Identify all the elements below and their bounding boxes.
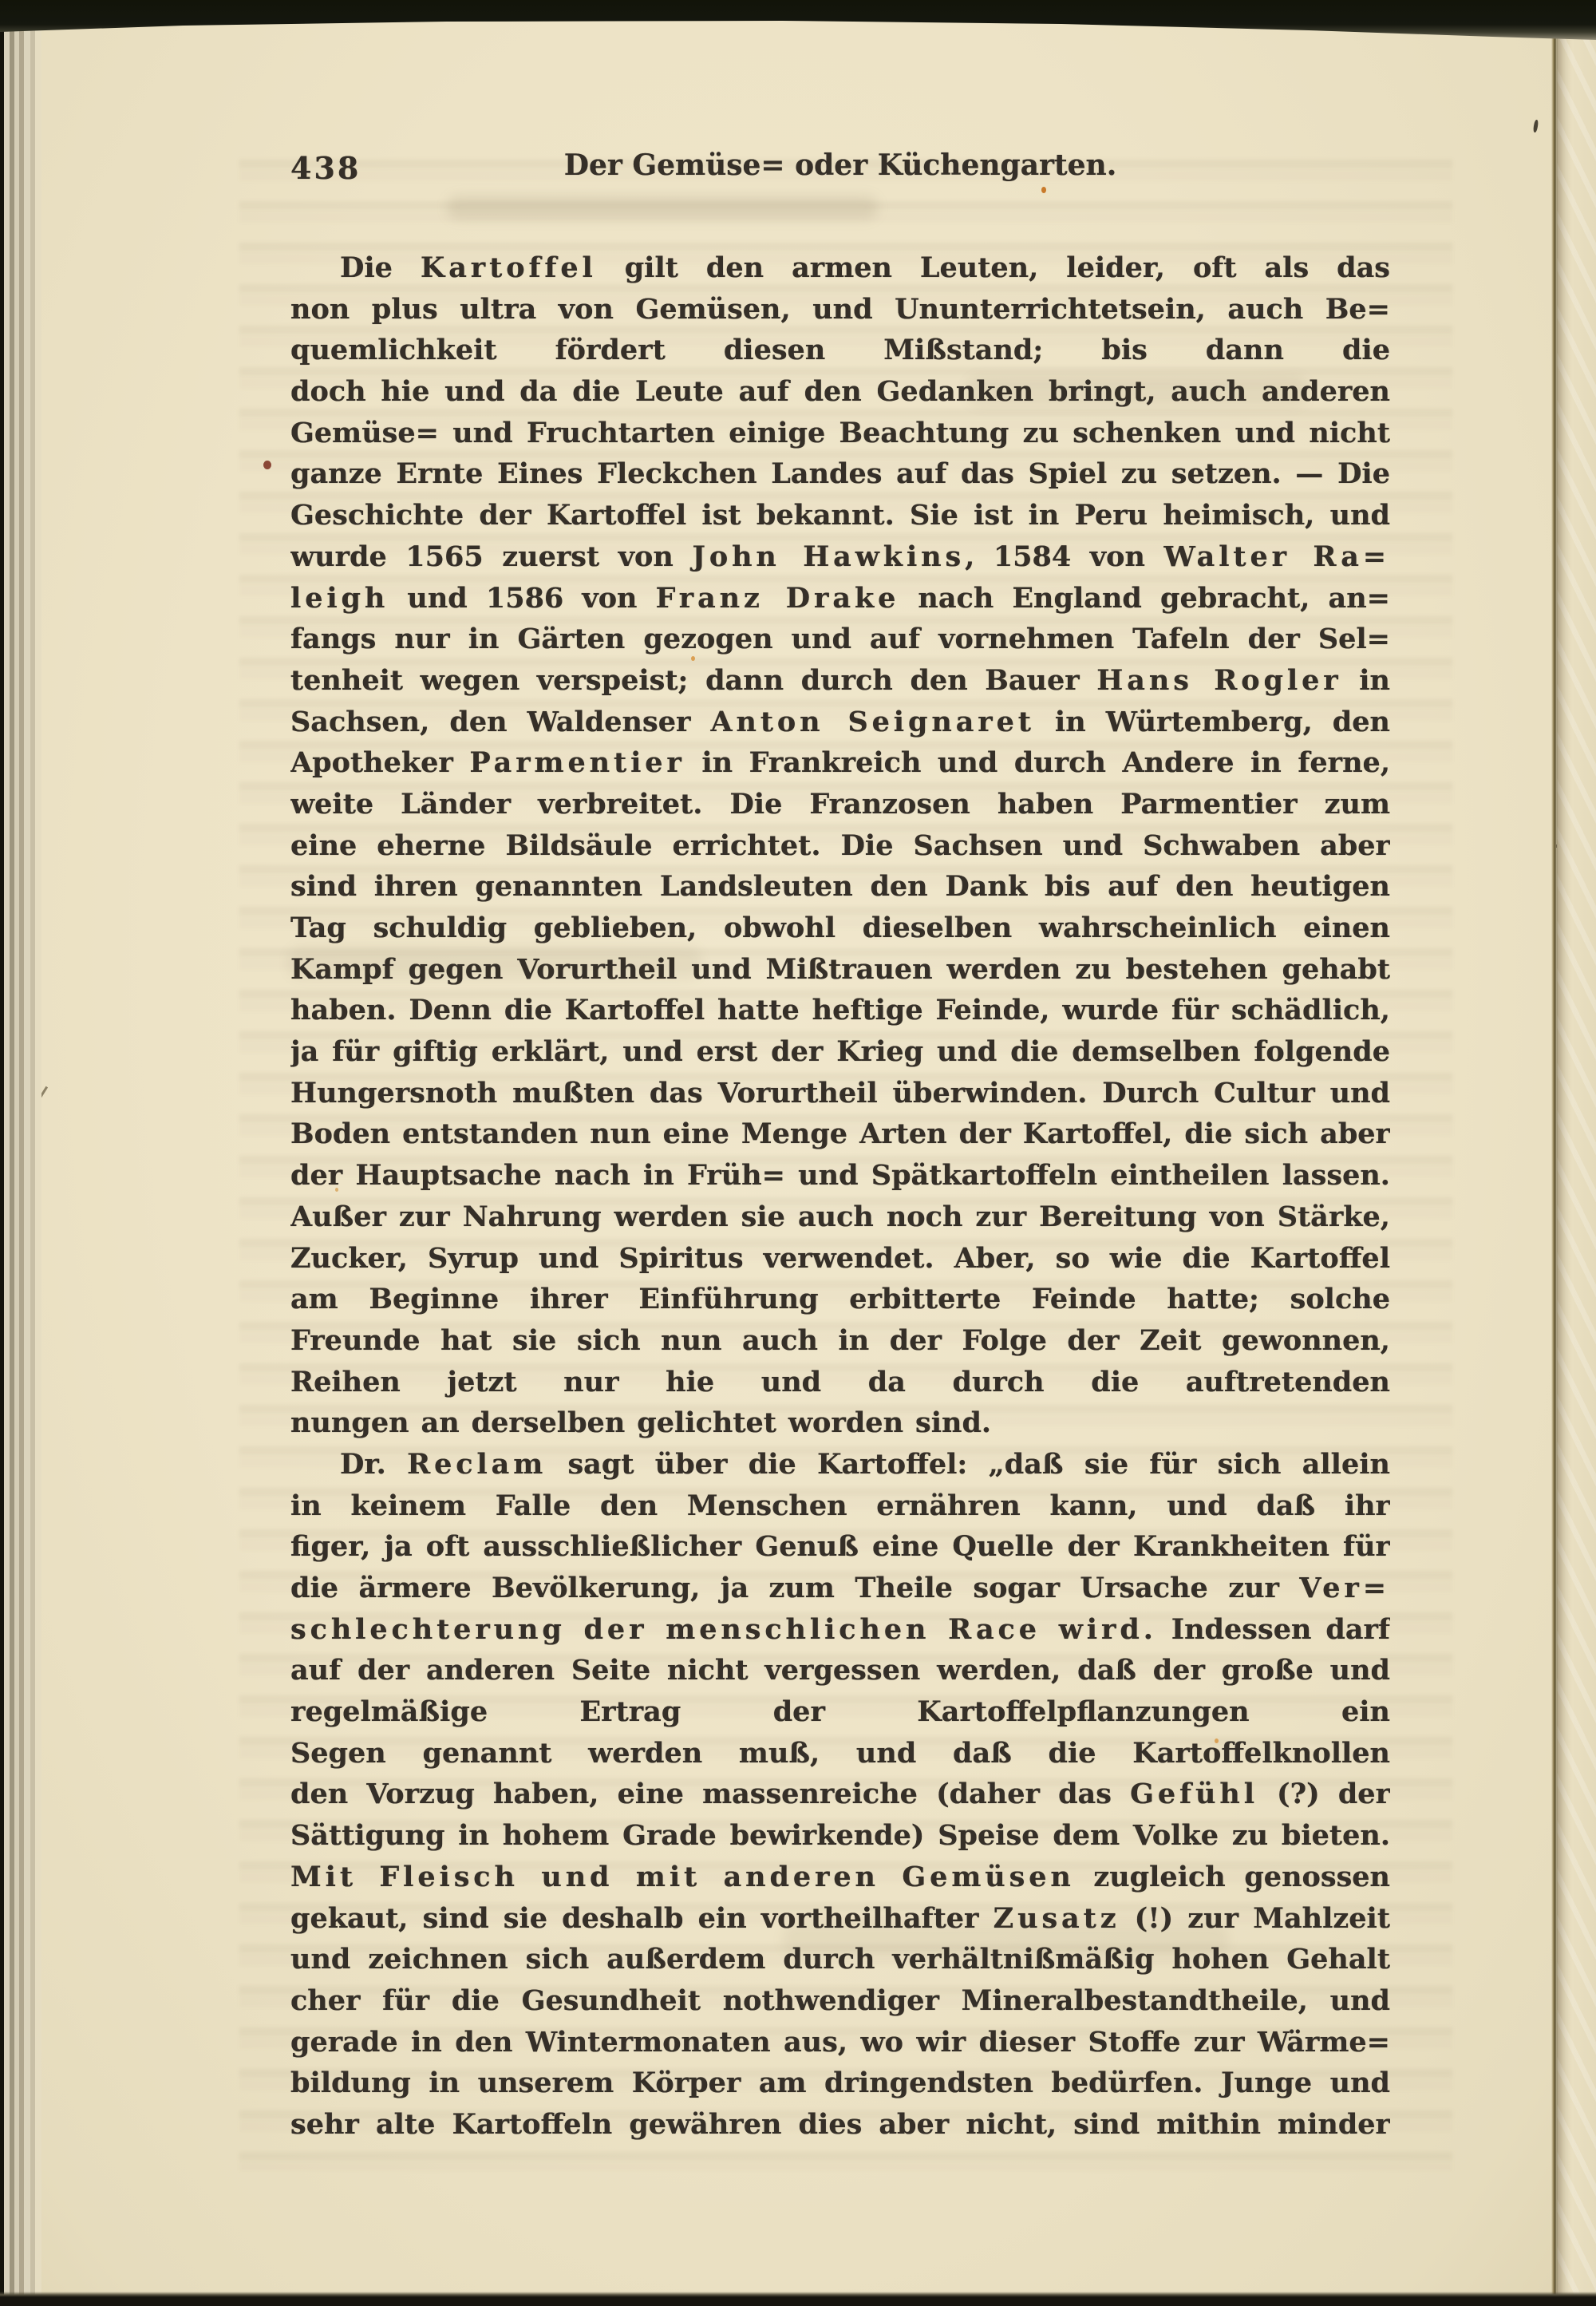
- text-line: gekaut, sind sie deshalb ein vortheilhaf…: [290, 1898, 1390, 1940]
- text-segment: doch hie und da die Leute auf den Gedank…: [290, 375, 1390, 408]
- running-title: Der Gemüse= oder Küchengarten.: [290, 148, 1390, 182]
- text-line: Kampf gegen Vorurtheil und Mißtrauen wer…: [290, 949, 1390, 991]
- text-segment: Dr.: [340, 1448, 407, 1481]
- text-line: sehr alte Kartoffeln gewähren dies aber …: [290, 2104, 1390, 2146]
- text-line: haben. Denn die Kartoffel hatte heftige …: [290, 990, 1390, 1031]
- text-segment: (?) der: [1258, 1778, 1390, 1810]
- text-segment: weite Länder verbreitet. Die Franzosen h…: [290, 788, 1390, 825]
- text-line: figer, ja oft ausschließlicher Genuß ein…: [290, 1526, 1390, 1568]
- text-line: eine eherne Bildsäule errichtet. Die Sac…: [290, 825, 1390, 867]
- text-line: doch hie und da die Leute auf den Gedank…: [290, 371, 1390, 413]
- text-line: Außer zur Nahrung werden sie auch noch z…: [290, 1197, 1390, 1238]
- emphasized-text: Anton Seignaret: [710, 706, 1034, 738]
- text-segment: gerade in den Wintermonaten aus, wo wir …: [290, 2026, 1390, 2059]
- text-line: Sättigung in hohem Grade bewirkende) Spe…: [290, 1815, 1390, 1857]
- emphasized-text: John Hawkins: [692, 540, 965, 573]
- emphasized-text: Kartoffel: [421, 251, 597, 284]
- text-line: gerade in den Wintermonaten aus, wo wir …: [290, 2022, 1390, 2063]
- text-segment: Boden entstanden nun eine Menge Arten de…: [290, 1117, 1390, 1150]
- text-segment: Zucker, Syrup und Spiritus verwendet. Ab…: [290, 1242, 1390, 1275]
- text-line: Sachsen, den Waldenser Anton Seignaret i…: [290, 702, 1390, 743]
- text-segment: sind ihren genannten Landsleuten den Dan…: [290, 870, 1390, 903]
- text-line: der Hauptsache nach in Früh= und Spätkar…: [290, 1155, 1390, 1197]
- text-line: schlechterung der menschlichen Race wird…: [290, 1609, 1390, 1651]
- emphasized-text: Reclam: [407, 1448, 547, 1481]
- text-line: leigh und 1586 von Franz Drake nach Engl…: [290, 578, 1390, 619]
- text-segment: nungen an derselben gelichtet worden sin…: [290, 1406, 991, 1439]
- text-segment: Apotheker: [290, 746, 469, 779]
- margin-mark: [1533, 120, 1539, 133]
- text-segment: haben. Denn die Kartoffel hatte heftige …: [290, 994, 1390, 1026]
- text-segment: Segen genannt werden muß, und daß die Ka…: [290, 1737, 1390, 1774]
- book-page-edge-stack: [0, 0, 41, 2306]
- emphasized-text: Hans Rogler: [1096, 664, 1341, 697]
- emphasized-text: Zusatz: [994, 1902, 1120, 1935]
- bleedthrough-patch: [447, 196, 878, 220]
- text-line: am Beginne ihrer Einführung erbitterte F…: [290, 1279, 1390, 1320]
- text-segment: eine eherne Bildsäule errichtet. Die Sac…: [290, 829, 1390, 862]
- paper-speck: [263, 461, 271, 469]
- page-body-text: Die Kartoffel gilt den armen Leuten, lei…: [290, 247, 1390, 2146]
- text-segment: in Frankreich und durch Andere in ferne,: [685, 746, 1390, 779]
- scan-edge-top: [0, 0, 1596, 45]
- text-line: nungen an derselben gelichtet worden sin…: [290, 1402, 1390, 1444]
- emphasized-text: Walter Ra=: [1163, 540, 1390, 573]
- emphasized-text: Parmentier: [469, 746, 685, 779]
- text-segment: sehr alte Kartoffeln gewähren dies aber …: [290, 2108, 1390, 2141]
- text-segment: gekaut, sind sie deshalb ein vortheilhaf…: [290, 1902, 994, 1935]
- emphasized-text: leigh: [290, 582, 389, 615]
- text-line: ganze Ernte Eines Fleckchen Landes auf d…: [290, 453, 1390, 495]
- text-segment: Sättigung in hohem Grade bewirkende) Spe…: [290, 1819, 1390, 1852]
- text-segment: Hungersnoth mußten das Vorurtheil überwi…: [290, 1077, 1390, 1109]
- text-line: wurde 1565 zuerst von John Hawkins, 1584…: [290, 536, 1390, 578]
- text-line: auf der anderen Seite nicht vergessen we…: [290, 1650, 1390, 1691]
- text-segment: Außer zur Nahrung werden sie auch noch z…: [290, 1200, 1390, 1233]
- text-segment: wurde 1565 zuerst von: [290, 540, 692, 573]
- emphasized-text: Mit Fleisch und mit anderen Gemüsen: [290, 1861, 1075, 1893]
- text-line: fangs nur in Gärten gezogen und auf vorn…: [290, 619, 1390, 660]
- text-line: Die Kartoffel gilt den armen Leuten, lei…: [290, 247, 1390, 289]
- text-segment: Die: [340, 251, 421, 284]
- text-segment: quemlichkeit fördert diesen Mißstand; bi…: [290, 334, 1390, 371]
- text-segment: in: [1342, 664, 1390, 697]
- text-line: ja für giftig erklärt, und erst der Krie…: [290, 1031, 1390, 1073]
- adjacent-page-edge: [1557, 24, 1596, 2306]
- text-line: weite Länder verbreitet. Die Franzosen h…: [290, 784, 1390, 825]
- text-line: Hungersnoth mußten das Vorurtheil überwi…: [290, 1073, 1390, 1114]
- text-segment: Reihen jetzt nur hie und da durch die au…: [290, 1366, 1390, 1403]
- text-segment: und zeichnen sich außerdem durch verhält…: [290, 1943, 1390, 1980]
- text-line: in keinem Falle den Menschen ernähren ka…: [290, 1485, 1390, 1527]
- text-line: Boden entstanden nun eine Menge Arten de…: [290, 1113, 1390, 1155]
- text-line: Dr. Reclam sagt über die Kartoffel: „daß…: [290, 1444, 1390, 1485]
- text-segment: ja für giftig erklärt, und erst der Krie…: [290, 1035, 1390, 1068]
- text-line: sind ihren genannten Landsleuten den Dan…: [290, 866, 1390, 908]
- emphasized-text: Gefühl: [1130, 1778, 1258, 1810]
- text-segment: am Beginne ihrer Einführung erbitterte F…: [290, 1283, 1390, 1320]
- scanned-book-page: 438 Der Gemüse= oder Küchengarten. Die K…: [0, 0, 1596, 2306]
- text-line: tenheit wegen verspeist; dann durch den …: [290, 660, 1390, 702]
- text-segment: Kampf gegen Vorurtheil und Mißtrauen wer…: [290, 953, 1390, 986]
- text-segment: die ärmere Bevölkerung, ja zum Theile so…: [290, 1572, 1299, 1604]
- text-segment: , 1584 von: [965, 540, 1163, 573]
- text-segment: (!) zur Mahlzeit: [1120, 1902, 1390, 1935]
- text-segment: Sachsen, den Waldenser: [290, 706, 710, 738]
- text-line: Gemüse= und Fruchtarten einige Beachtung…: [290, 413, 1390, 454]
- text-line: Tag schuldig geblieben, obwohl dieselben…: [290, 908, 1390, 949]
- text-segment: gilt den armen Leuten, leider, oft als d…: [597, 251, 1390, 284]
- text-segment: in Würtemberg, den: [1035, 706, 1390, 738]
- text-segment: fangs nur in Gärten gezogen und auf vorn…: [290, 623, 1390, 655]
- emphasized-text: schlechterung der menschlichen Race wird…: [290, 1613, 1157, 1646]
- text-segment: ganze Ernte Eines Fleckchen Landes auf d…: [290, 457, 1390, 490]
- text-line: Segen genannt werden muß, und daß die Ka…: [290, 1733, 1390, 1774]
- page-fold-line: [1551, 27, 1558, 2306]
- text-line: Mit Fleisch und mit anderen Gemüsen zugl…: [290, 1857, 1390, 1898]
- text-line: bildung in unserem Körper am dringendste…: [290, 2063, 1390, 2104]
- text-segment: Tag schuldig geblieben, obwohl dieselben…: [290, 912, 1390, 949]
- text-segment: bildung in unserem Körper am dringendste…: [290, 2067, 1390, 2099]
- text-segment: sagt über die Kartoffel: „daß sie für si…: [547, 1448, 1390, 1481]
- text-segment: Indessen darf: [1157, 1613, 1390, 1646]
- scan-edge-bottom: [0, 2292, 1596, 2306]
- text-segment: Geschichte der Kartoffel ist bekannt. Si…: [290, 499, 1390, 532]
- emphasized-text: Ver=: [1299, 1572, 1390, 1604]
- text-line: non plus ultra von Gemüsen, und Ununterr…: [290, 289, 1390, 330]
- text-segment: Gemüse= und Fruchtarten einige Beachtung…: [290, 417, 1390, 454]
- text-segment: in keinem Falle den Menschen ernähren ka…: [290, 1489, 1390, 1527]
- text-segment: Freunde hat sie sich nun auch in der Fol…: [290, 1324, 1390, 1362]
- text-segment: den Vorzug haben, eine massenreiche (dah…: [290, 1778, 1130, 1810]
- text-line: cher für die Gesundheit nothwendiger Min…: [290, 1980, 1390, 2022]
- text-line: quemlichkeit fördert diesen Mißstand; bi…: [290, 330, 1390, 371]
- text-segment: cher für die Gesundheit nothwendiger Min…: [290, 1984, 1390, 2022]
- text-line: und zeichnen sich außerdem durch verhält…: [290, 1939, 1390, 1980]
- text-line: Reihen jetzt nur hie und da durch die au…: [290, 1362, 1390, 1403]
- text-segment: und 1586 von: [389, 582, 655, 615]
- text-line: Apotheker Parmentier in Frankreich und d…: [290, 742, 1390, 784]
- text-segment: nach England gebracht, an=: [899, 582, 1390, 615]
- text-line: Geschichte der Kartoffel ist bekannt. Si…: [290, 495, 1390, 536]
- text-segment: tenheit wegen verspeist; dann durch den …: [290, 664, 1096, 697]
- page-header: 438 Der Gemüse= oder Küchengarten.: [290, 148, 1390, 192]
- text-line: regelmäßige Ertrag der Kartoffelpflanzun…: [290, 1691, 1390, 1733]
- text-segment: regelmäßige Ertrag der Kartoffelpflanzun…: [290, 1695, 1390, 1733]
- text-line: Zucker, Syrup und Spiritus verwendet. Ab…: [290, 1238, 1390, 1280]
- text-line: die ärmere Bevölkerung, ja zum Theile so…: [290, 1568, 1390, 1609]
- text-segment: figer, ja oft ausschließlicher Genuß ein…: [290, 1530, 1390, 1563]
- text-segment: non plus ultra von Gemüsen, und Ununterr…: [290, 293, 1390, 326]
- page-number: 438: [290, 150, 361, 186]
- text-segment: auf der anderen Seite nicht vergessen we…: [290, 1654, 1390, 1687]
- text-line: Freunde hat sie sich nun auch in der Fol…: [290, 1320, 1390, 1362]
- emphasized-text: Franz Drake: [656, 582, 900, 615]
- text-segment: der Hauptsache nach in Früh= und Spätkar…: [290, 1159, 1390, 1192]
- text-line: den Vorzug haben, eine massenreiche (dah…: [290, 1774, 1390, 1815]
